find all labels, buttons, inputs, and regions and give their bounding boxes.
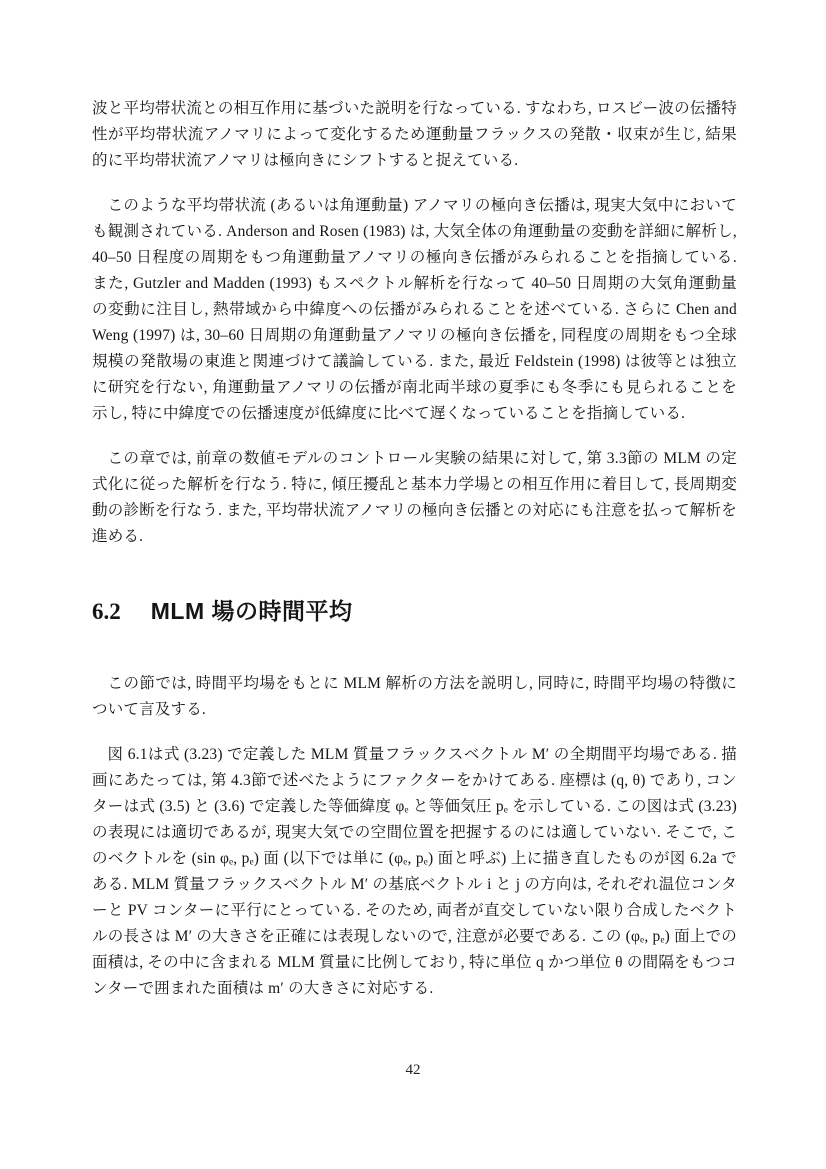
section-title: MLM 場の時間平均 — [151, 596, 353, 626]
paragraph-chapter-plan: この章では, 前章の数値モデルのコントロール実験の結果に対して, 第 3.3節の… — [92, 446, 737, 550]
section-heading: 6.2 MLM 場の時間平均 — [92, 596, 737, 627]
page-number: 42 — [0, 1062, 826, 1079]
paragraph-continuation: 波と平均帯状流との相互作用に基づいた説明を行なっている. すなわち, ロスビー波… — [92, 96, 737, 174]
paragraph-section-intro: この節では, 時間平均場をもとに MLM 解析の方法を説明し, 同時に, 時間平… — [92, 671, 737, 723]
paragraph-observations: このような平均帯状流 (あるいは角運動量) アノマリの極向き伝播は, 現実大気中… — [92, 193, 737, 427]
page-content: 波と平均帯状流との相互作用に基づいた説明を行なっている. すなわち, ロスビー波… — [92, 96, 737, 1021]
paragraph-figure-description: 図 6.1は式 (3.23) で定義した MLM 質量フラックスベクトル M′ … — [92, 742, 737, 1002]
document-page: 波と平均帯状流との相互作用に基づいた説明を行なっている. すなわち, ロスビー波… — [0, 0, 826, 1169]
section-number: 6.2 — [92, 597, 121, 627]
